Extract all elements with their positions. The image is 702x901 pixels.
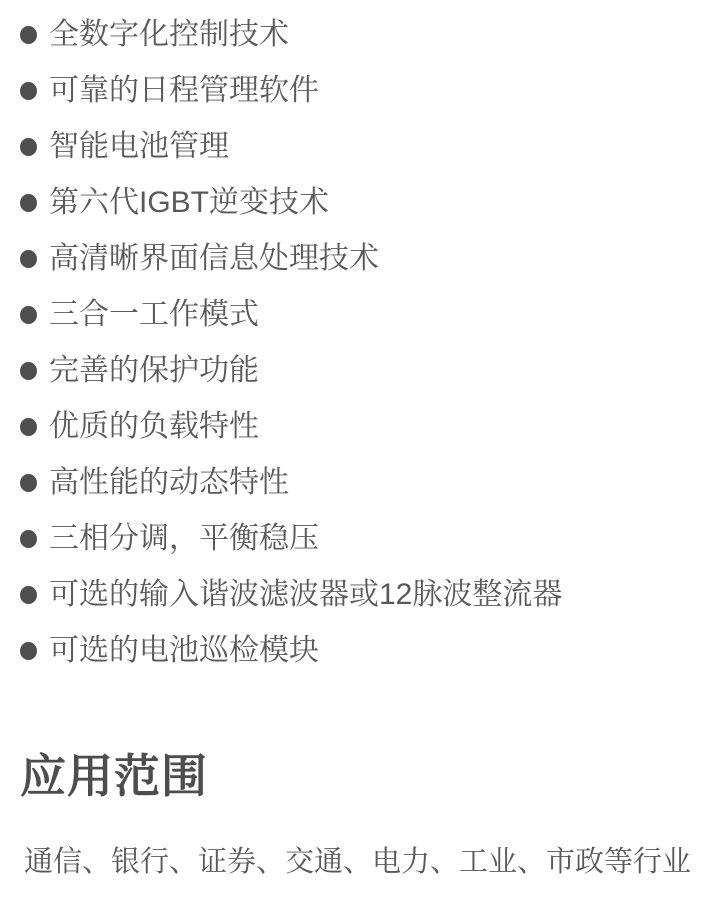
- bullet-icon: [20, 26, 37, 44]
- feature-list-item: 可选的电池巡检模块: [20, 623, 702, 679]
- feature-list-item: 优质的负载特性: [20, 399, 702, 455]
- feature-text: 第六代IGBT逆变技术: [49, 188, 329, 218]
- bullet-icon: [20, 362, 37, 380]
- bullet-icon: [20, 418, 37, 436]
- feature-list-item: 可选的输入谐波滤波器或12脉波整流器: [20, 567, 702, 623]
- bullet-icon: [20, 474, 37, 492]
- bullet-icon: [20, 82, 37, 100]
- feature-list: 全数字化控制技术 可靠的日程管理软件 智能电池管理 第六代IGBT逆变技术 高清…: [0, 7, 702, 679]
- feature-text: 三合一工作模式: [49, 300, 259, 330]
- feature-text: 可选的电池巡检模块: [49, 636, 319, 666]
- feature-text: 全数字化控制技术: [49, 20, 289, 50]
- bullet-icon: [20, 306, 37, 324]
- feature-list-item: 可靠的日程管理软件: [20, 63, 702, 119]
- bullet-icon: [20, 586, 37, 604]
- feature-text: 智能电池管理: [49, 132, 229, 162]
- feature-text: 优质的负载特性: [49, 412, 259, 442]
- application-industries-text: 通信、银行、证券、交通、电力、工业、市政等行业: [24, 848, 702, 877]
- bullet-icon: [20, 642, 37, 660]
- feature-text: 高性能的动态特性: [49, 468, 289, 498]
- feature-list-item: 高清晰界面信息处理技术: [20, 231, 702, 287]
- feature-text: 可靠的日程管理软件: [49, 76, 319, 106]
- feature-text: 三相分调，平衡稳压: [49, 524, 319, 554]
- feature-text: 高清晰界面信息处理技术: [49, 244, 379, 274]
- feature-list-item: 第六代IGBT逆变技术: [20, 175, 702, 231]
- section-heading-application-scope: 应用范围: [20, 752, 702, 800]
- feature-list-item: 完善的保护功能: [20, 343, 702, 399]
- feature-text: 完善的保护功能: [49, 356, 259, 386]
- bullet-icon: [20, 530, 37, 548]
- bullet-icon: [20, 250, 37, 268]
- feature-list-item: 高性能的动态特性: [20, 455, 702, 511]
- feature-list-item: 全数字化控制技术: [20, 7, 702, 63]
- bullet-icon: [20, 194, 37, 212]
- feature-list-item: 三合一工作模式: [20, 287, 702, 343]
- feature-list-item: 三相分调，平衡稳压: [20, 511, 702, 567]
- bullet-icon: [20, 138, 37, 156]
- feature-list-item: 智能电池管理: [20, 119, 702, 175]
- feature-text: 可选的输入谐波滤波器或12脉波整流器: [49, 580, 562, 610]
